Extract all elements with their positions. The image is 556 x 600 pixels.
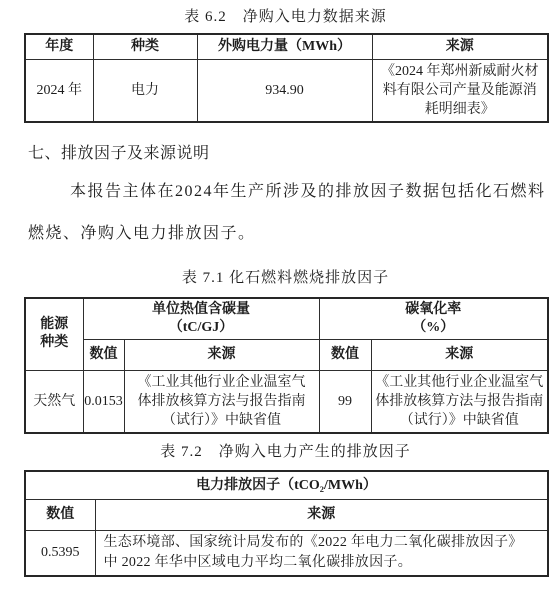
- section-heading: 七、排放因子及来源说明: [28, 143, 547, 165]
- header-value-1: 数值: [83, 339, 124, 370]
- header-year: 年度: [25, 34, 93, 59]
- table-6-2-caption: 表 6.2 净购入电力数据来源: [24, 6, 547, 28]
- table-6-2: 年度 种类 外购电力量（MWh） 来源 2024 年 电力 934.90 《20…: [24, 33, 549, 123]
- cell-carbon-content-value: 0.0153: [83, 370, 124, 433]
- header-carbon-content-group: 单位热值含碳量 （tC/GJ）: [83, 298, 319, 340]
- table-7-1-subheader-row: 数值 来源 数值 来源: [25, 339, 548, 370]
- cell-oxidation-rate-value: 99: [319, 370, 371, 433]
- header-value-2: 数值: [319, 339, 371, 370]
- header-source-1: 来源: [124, 339, 319, 370]
- cell-oxidation-rate-source: 《工业其他行业企业温室气 体排放核算方法与报告指南 （试行）》中缺省值: [371, 370, 548, 433]
- table-7-1-caption: 表 7.1 化石燃料燃烧排放因子: [24, 267, 547, 289]
- cell-source: 生态环境部、国家统计局发布的《2022 年电力二氧化碳排放因子》 中 2022 …: [95, 530, 548, 576]
- header-electricity-emission-factor: 电力排放因子（tCO₂/MWh）: [25, 471, 548, 499]
- header-source: 来源: [372, 34, 548, 59]
- cell-year: 2024 年: [25, 59, 93, 122]
- header-purchased-electricity: 外购电力量（MWh）: [197, 34, 372, 59]
- table-7-2-data-row: 0.5395 生态环境部、国家统计局发布的《2022 年电力二氧化碳排放因子》 …: [25, 530, 548, 576]
- table-7-2-caption: 表 7.2 净购入电力产生的排放因子: [24, 441, 547, 463]
- table-7-2-subheader-row: 数值 来源: [25, 499, 548, 530]
- table-7-1: 能源 种类 单位热值含碳量 （tC/GJ） 碳氧化率 （%） 数值 来源 数值 …: [24, 297, 549, 435]
- header-source: 来源: [95, 499, 548, 530]
- table-7-1-data-row: 天然气 0.0153 《工业其他行业企业温室气 体排放核算方法与报告指南 （试行…: [25, 370, 548, 433]
- table-7-2: 电力排放因子（tCO₂/MWh） 数值 来源 0.5395 生态环境部、国家统计…: [24, 470, 549, 577]
- cell-value: 0.5395: [25, 530, 95, 576]
- header-oxidation-rate-group: 碳氧化率 （%）: [319, 298, 548, 340]
- header-value: 数值: [25, 499, 95, 530]
- table-6-2-data-row: 2024 年 电力 934.90 《2024 年郑州新威耐火材 料有限公司产量及…: [25, 59, 548, 122]
- header-type: 种类: [93, 34, 197, 59]
- header-source-2: 来源: [371, 339, 548, 370]
- cell-type: 电力: [93, 59, 197, 122]
- header-energy-type: 能源 种类: [25, 298, 83, 371]
- document-page: 表 6.2 净购入电力数据来源 年度 种类 外购电力量（MWh） 来源 2024…: [0, 0, 556, 600]
- table-7-1-group-header-row: 能源 种类 单位热值含碳量 （tC/GJ） 碳氧化率 （%）: [25, 298, 548, 340]
- cell-carbon-content-source: 《工业其他行业企业温室气 体排放核算方法与报告指南 （试行）》中缺省值: [124, 370, 319, 433]
- section-paragraph: 本报告主体在2024年生产所涉及的排放因子数据包括化石燃料 燃烧、净购入电力排放…: [28, 171, 547, 255]
- cell-energy: 天然气: [25, 370, 83, 433]
- table-7-2-main-header-row: 电力排放因子（tCO₂/MWh）: [25, 471, 548, 499]
- cell-amount: 934.90: [197, 59, 372, 122]
- cell-source: 《2024 年郑州新威耐火材 料有限公司产量及能源消 耗明细表》: [372, 59, 548, 122]
- table-6-2-header-row: 年度 种类 外购电力量（MWh） 来源: [25, 34, 548, 59]
